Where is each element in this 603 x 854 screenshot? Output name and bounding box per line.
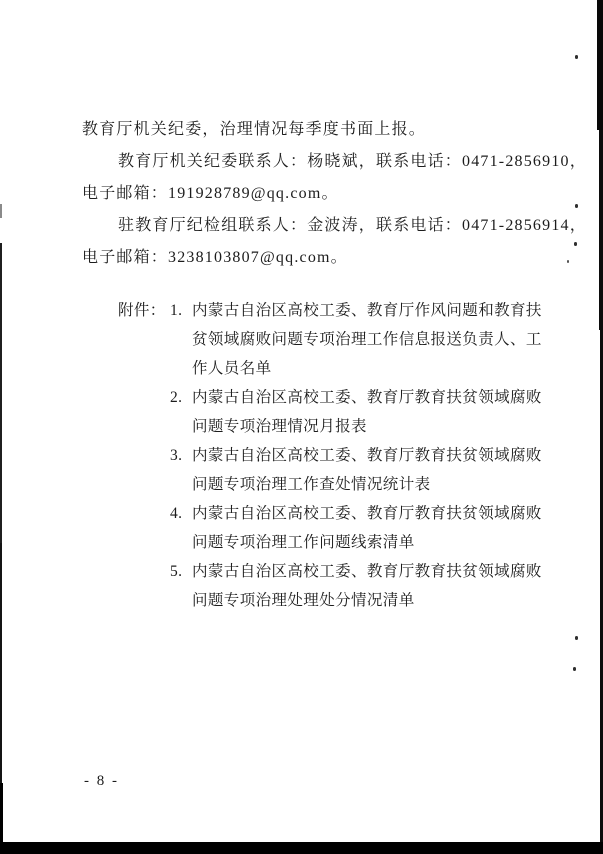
attachment-item: 作人员名单 bbox=[118, 354, 542, 383]
attachment-item: 4. 内蒙古自治区高校工委、教育厅教育扶贫领域腐败 bbox=[118, 499, 542, 528]
attachment-item: 5. 内蒙古自治区高校工委、教育厅教育扶贫领域腐败 bbox=[118, 557, 542, 586]
attachment-line: 问题专项治理处理处分情况清单 bbox=[192, 586, 415, 615]
attachment-line: 内蒙古自治区高校工委、教育厅教育扶贫领域腐败 bbox=[192, 499, 542, 528]
scan-artifact-right-edge bbox=[599, 130, 603, 330]
scan-artifact-left-edge bbox=[0, 543, 2, 783]
scan-artifact-left-edge bbox=[0, 243, 2, 543]
scan-artifact-left-smudge bbox=[0, 204, 2, 218]
scan-speck bbox=[575, 55, 578, 59]
attachment-line: 问题专项治理工作问题线索清单 bbox=[192, 528, 415, 557]
attachment-number: 3. bbox=[170, 441, 192, 470]
body-line: 驻教育厅纪检组联系人：金波涛，联系电话：0471-2856914， bbox=[82, 210, 587, 242]
body-line: 教育厅机关纪委联系人：杨晓斌，联系电话：0471-2856910， bbox=[82, 146, 587, 178]
attachment-label: 附件： bbox=[118, 296, 170, 325]
scan-artifact-bottom-bar bbox=[0, 842, 603, 854]
attachment-item: 附件： 1. 内蒙古自治区高校工委、教育厅作风问题和教育扶 bbox=[118, 296, 542, 325]
attachment-number: 4. bbox=[170, 499, 192, 528]
scan-speck bbox=[574, 242, 577, 246]
attachment-line: 内蒙古自治区高校工委、教育厅教育扶贫领域腐败 bbox=[192, 557, 542, 586]
scan-speck bbox=[567, 260, 569, 263]
attachment-item: 贫领域腐败问题专项治理工作信息报送负责人、工 bbox=[118, 325, 542, 354]
attachment-item: 3. 内蒙古自治区高校工委、教育厅教育扶贫领域腐败 bbox=[118, 441, 542, 470]
attachment-item: 问题专项治理工作查处情况统计表 bbox=[118, 470, 542, 499]
attachment-line: 贫领域腐败问题专项治理工作信息报送负责人、工 bbox=[192, 325, 542, 354]
attachment-line: 作人员名单 bbox=[192, 354, 272, 383]
body-paragraphs: 教育厅机关纪委，治理情况每季度书面上报。 教育厅机关纪委联系人：杨晓斌，联系电话… bbox=[82, 114, 587, 274]
attachment-item: 2. 内蒙古自治区高校工委、教育厅教育扶贫领域腐败 bbox=[118, 383, 542, 412]
scan-artifact-left-edge bbox=[0, 783, 3, 844]
body-line: 教育厅机关纪委，治理情况每季度书面上报。 bbox=[82, 114, 587, 146]
scan-artifact-right-edge bbox=[597, 0, 603, 130]
attachment-line: 问题专项治理情况月报表 bbox=[192, 412, 367, 441]
attachment-number: 1. bbox=[170, 296, 192, 325]
attachment-list: 附件： 1. 内蒙古自治区高校工委、教育厅作风问题和教育扶 贫领域腐败问题专项治… bbox=[118, 296, 542, 615]
scan-speck bbox=[575, 204, 578, 208]
scanned-document-page: 教育厅机关纪委，治理情况每季度书面上报。 教育厅机关纪委联系人：杨晓斌，联系电话… bbox=[0, 0, 603, 854]
attachment-line: 内蒙古自治区高校工委、教育厅教育扶贫领域腐败 bbox=[192, 383, 542, 412]
attachment-item: 问题专项治理情况月报表 bbox=[118, 412, 542, 441]
scan-speck bbox=[573, 667, 576, 671]
attachment-line: 内蒙古自治区高校工委、教育厅作风问题和教育扶 bbox=[192, 296, 542, 325]
page-number: - 8 - bbox=[84, 773, 119, 790]
attachment-number: 5. bbox=[170, 557, 192, 586]
attachment-line: 问题专项治理工作查处情况统计表 bbox=[192, 470, 431, 499]
body-line: 电子邮箱：191928789@qq.com。 bbox=[82, 178, 587, 210]
attachment-item: 问题专项治理处理处分情况清单 bbox=[118, 586, 542, 615]
body-line: 电子邮箱：3238103807@qq.com。 bbox=[82, 242, 587, 274]
attachment-number: 2. bbox=[170, 383, 192, 412]
attachment-line: 内蒙古自治区高校工委、教育厅教育扶贫领域腐败 bbox=[192, 441, 542, 470]
attachment-item: 问题专项治理工作问题线索清单 bbox=[118, 528, 542, 557]
scan-speck bbox=[575, 636, 578, 640]
